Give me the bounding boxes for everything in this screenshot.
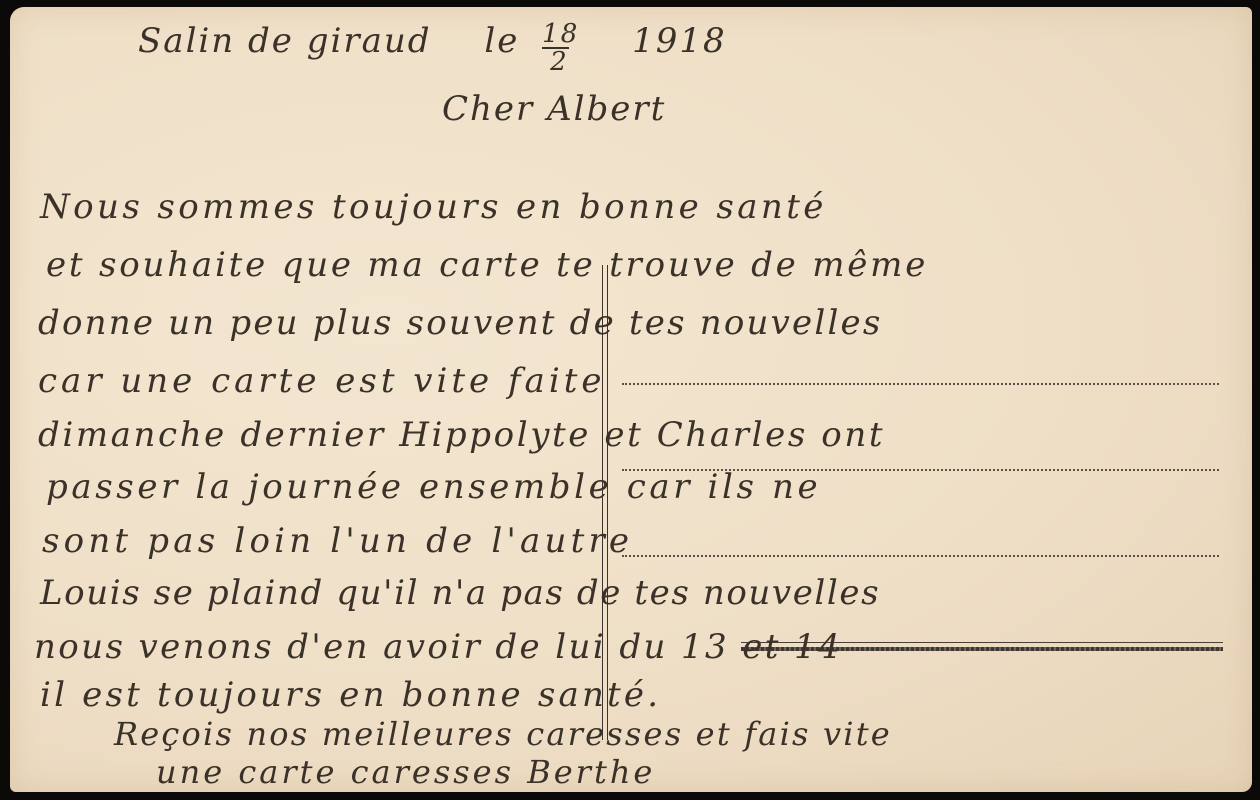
date-year: 1918 (632, 21, 727, 61)
address-line-3 (622, 555, 1219, 557)
body-line-6: passer la journée ensemble car ils ne (46, 467, 821, 507)
place-line: Salin de giraud le 18 2 1918 (138, 21, 727, 75)
address-line-1 (622, 383, 1219, 385)
body-line-7: sont pas loin l'un de l'autre (42, 521, 633, 561)
body-line-9: nous venons d'en avoir de lui du 13 et 1… (34, 627, 842, 667)
date-fraction: 18 2 (542, 21, 579, 75)
salutation: Cher Albert (442, 89, 666, 129)
closing-line-2: une carte caresses Berthe (156, 753, 655, 791)
place: Salin de giraud (138, 21, 432, 61)
date-day: 18 (542, 19, 579, 49)
date-prefix: le (484, 21, 519, 61)
body-line-1: Nous sommes toujours en bonne santé (40, 187, 827, 227)
body-line-2: et souhaite que ma carte te trouve de mê… (46, 245, 928, 285)
body-line-4: car une carte est vite faite (38, 361, 605, 401)
body-line-8: Louis se plaind qu'il n'a pas de tes nou… (40, 573, 880, 613)
body-line-3: donne un peu plus souvent de tes nouvell… (38, 303, 883, 343)
postcard-back: Salin de giraud le 18 2 1918 Cher Albert… (10, 7, 1252, 792)
date-month: 2 (542, 47, 569, 75)
body-line-10: il est toujours en bonne santé. (40, 675, 661, 715)
closing-line-1: Reçois nos meilleures caresses et fais v… (114, 715, 892, 753)
body-line-5: dimanche dernier Hippolyte et Charles on… (38, 415, 885, 455)
